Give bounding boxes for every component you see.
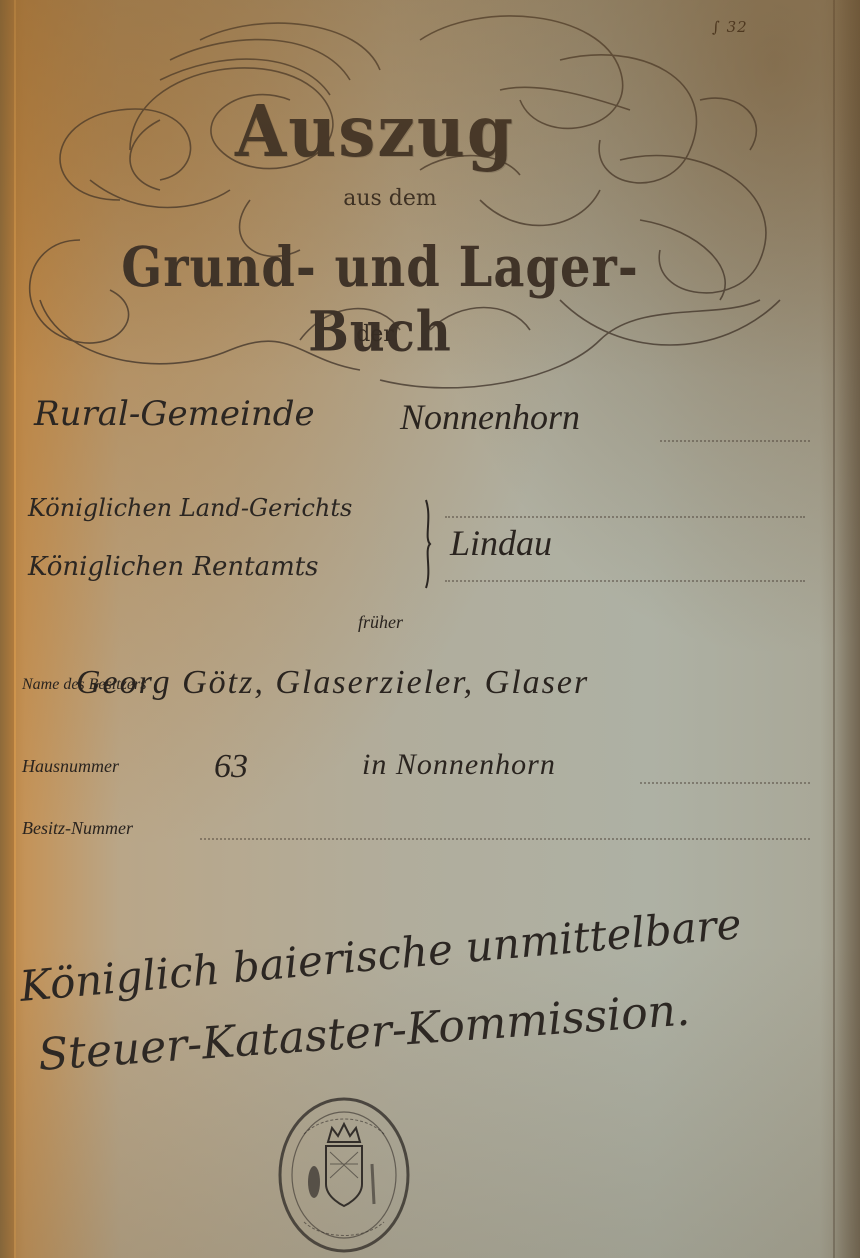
owner-value: Georg Götz, Glaserzieler, Glaser [76, 664, 589, 702]
title-article: der [325, 322, 425, 347]
dotted-line [445, 580, 805, 582]
brace-icon [420, 498, 438, 590]
gemeinde-value: Nonnenhorn [400, 396, 580, 438]
dotted-line [640, 782, 810, 784]
district-value: Lindau [450, 522, 552, 564]
dotted-line [660, 440, 810, 442]
house-location: in Nonnenhorn [362, 748, 556, 782]
document-title: Auszug [215, 89, 535, 173]
house-number-label: Hausnummer [22, 756, 119, 777]
property-number-label: Besitz-Nummer [22, 818, 133, 839]
owner-annotation: früher [358, 612, 403, 633]
gemeinde-label: Rural-Gemeinde [34, 394, 315, 434]
landgericht-label: Königlichen Land-Gerichts [28, 494, 352, 522]
official-seal-icon [274, 1094, 414, 1256]
document-page: ∫ 32 Auszug aus dem [0, 0, 860, 1258]
title-connector: aus dem [300, 186, 480, 211]
rentamt-label: Königlichen Rentamts [28, 552, 319, 582]
house-number-value: 63 [214, 748, 248, 786]
dotted-line [445, 516, 805, 518]
property-number-field [200, 838, 810, 840]
